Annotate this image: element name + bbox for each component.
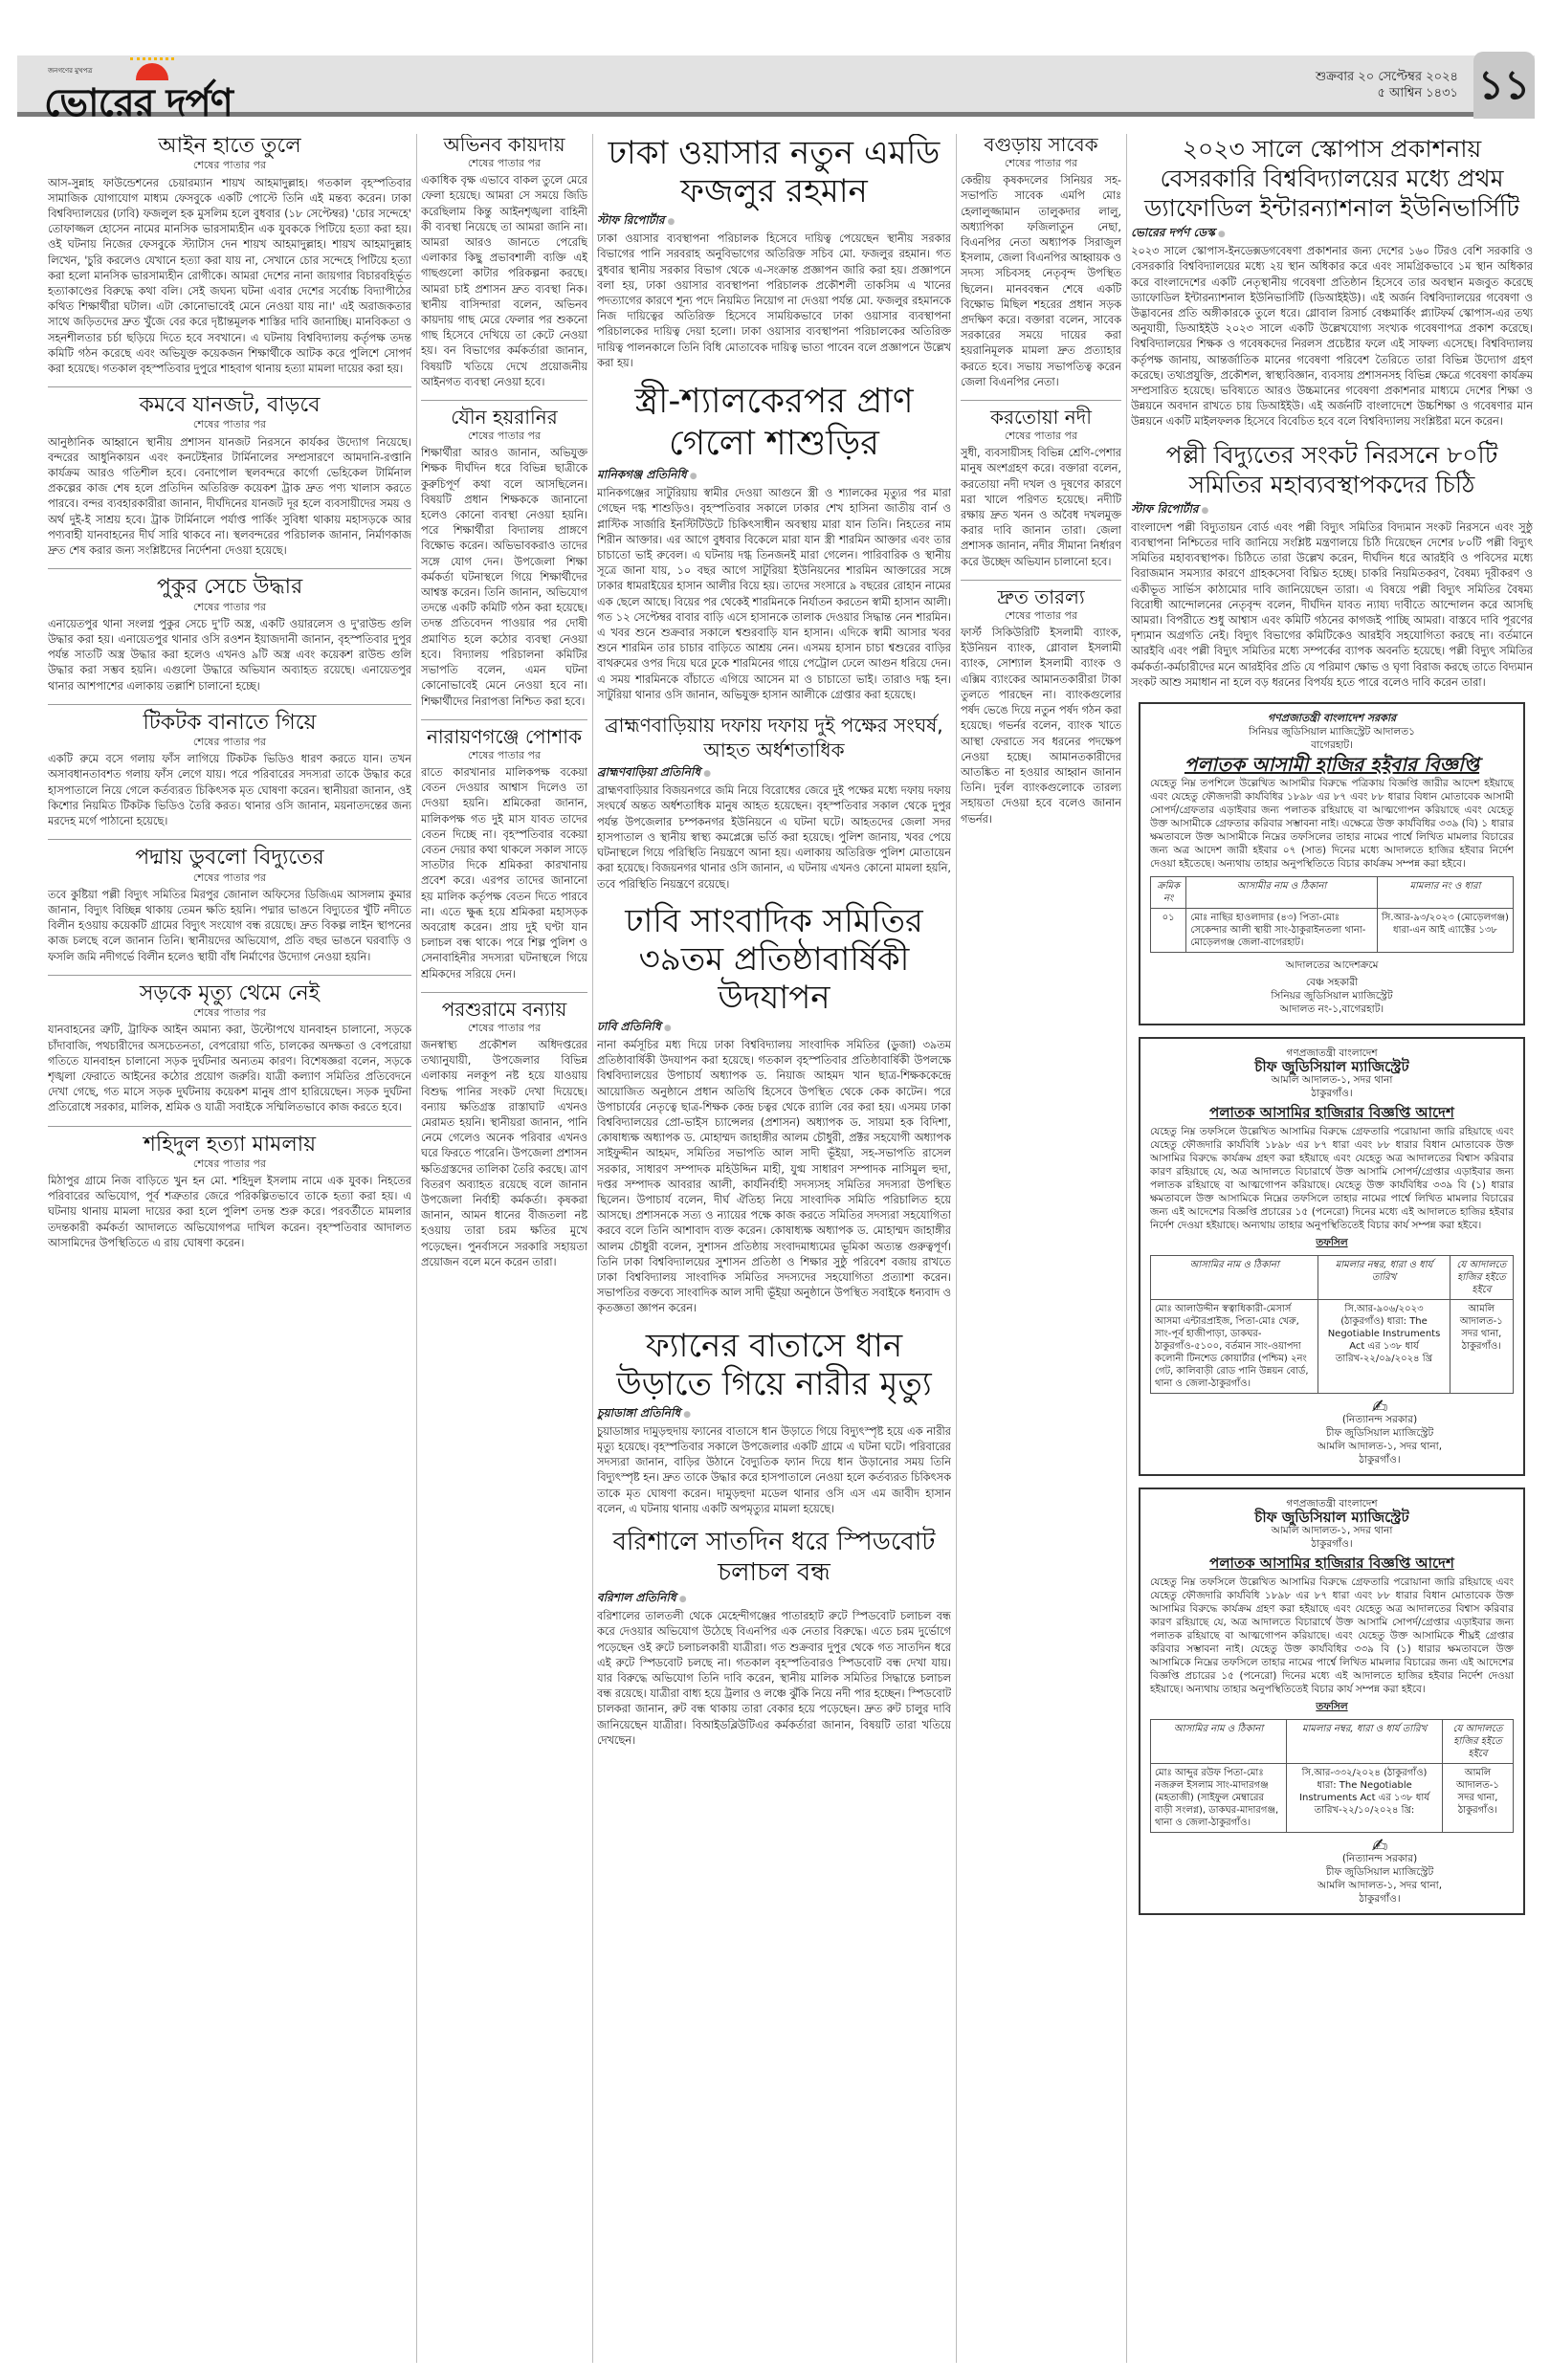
article-bogura-sabek[interactable]: বগুড়ায় সাবেক শেষের পাতার পর কেন্দ্রীয়… — [961, 134, 1121, 390]
article-body: একটি রুমে বসে গলায় ফাঁস লাগিয়ে টিকটক ভ… — [48, 752, 411, 829]
headline: পল্লী বিদ্যুতের সংকট নিরসনে ৮০টি সমিতির … — [1131, 440, 1533, 499]
divider — [421, 992, 587, 993]
divider — [421, 400, 587, 401]
signature-icon: ✍ — [1284, 1399, 1475, 1413]
article-body: আস-সুন্নাহ ফাউন্ডেশনের চেয়ারম্যান শায়খ… — [48, 176, 411, 378]
article-pukur-seche-uddhar[interactable]: পুকুর সেচে উদ্ধার শেষের পাতার পর এনায়েত… — [48, 575, 411, 694]
table-cell: আমলি আদালত-১ সদর থানা, ঠাকুরগাঁও। — [1442, 1764, 1513, 1833]
notice-signature: আদালতের আদেশক্রমে বেঞ্চ সহকারী সিনিয়র জ… — [1150, 959, 1514, 1016]
legal-notice-bagerhat[interactable]: গণপ্রজাতন্ত্রী বাংলাদেশ সরকার সিনিয়র জু… — [1139, 702, 1525, 1025]
headline: পদ্মায় ডুবলো বিদ্যুতের — [48, 846, 411, 870]
article-shohidul-hotta[interactable]: শহিদুল হত্যা মামলায় শেষের পাতার পর মিঠা… — [48, 1133, 411, 1252]
article-komobe-janjot[interactable]: কমবে যানজট, বাড়বে শেষের পাতার পর আনুষ্ঠ… — [48, 393, 411, 559]
article-body: জনস্বাস্থ্য প্রকৌশল অধিদপ্তরের তথ্যানুযা… — [421, 1038, 587, 1270]
article-joun-hoyrani[interactable]: যৌন হয়রানির শেষের পাতার পর শিক্ষার্থীরা… — [421, 407, 587, 710]
signature-line: আমলি আদালত-১, সদর থানা, — [1284, 1879, 1475, 1892]
date-bengali: ৫ আশ্বিন ১৪৩১ — [1316, 85, 1458, 101]
notice-body: যেহেতু নিম্ন তফসিলে উল্লেখিত আসামির বিরু… — [1150, 1125, 1514, 1232]
continuation-note: শেষের পাতার পর — [48, 870, 411, 886]
continuation-note: শেষের পাতার পর — [961, 156, 1121, 171]
table-header: যে আদালতে হাজির হইতে হইবে — [1442, 1720, 1513, 1764]
headline: করতোয়া নদী — [961, 407, 1121, 429]
page-number: ১১ — [1473, 52, 1535, 119]
signature-line: সিনিয়র জুডিসিয়াল ম্যাজিস্ট্রেট — [1150, 989, 1514, 1003]
divider — [48, 839, 411, 840]
table-header: ক্রমিক নং — [1151, 877, 1186, 909]
notice-signature: ✍ (নিত্যানন্দ সরকার) চীফ জুডিসিয়াল ম্যা… — [1150, 1399, 1514, 1466]
table-header: আসামির নাম ও ঠিকানা — [1151, 1720, 1287, 1764]
article-narayanganj-poshak[interactable]: নারায়ণগঞ্জে পোশাক শেষের পাতার পর রাতে ক… — [421, 726, 587, 982]
table-cell: মোঃ নাছির হাওলাদার (৪৩) পিতা-মোঃ সেকেন্দ… — [1186, 909, 1378, 953]
article-dhabi-sangbadik[interactable]: ঢাবি সাংবাদিক সমিতির ৩৯তম প্রতিষ্ঠাবার্ষ… — [597, 902, 951, 1317]
table-cell: আমলি আদালত-১ সদর থানা, ঠাকুরগাঁও। — [1450, 1300, 1513, 1394]
article-stri-shalok[interactable]: স্ত্রী-শ্যালকেরপর প্রাণ গেলো শাশুড়ির মা… — [597, 381, 951, 703]
byline: ব্রাহ্মণবাড়িয়া প্রতিনিধি — [597, 764, 951, 782]
signature-line: আদালতের আদেশক্রমে — [1150, 959, 1514, 972]
byline: স্টাফ রিপোর্টার — [1131, 501, 1533, 518]
schedule-title: তফসিল — [1150, 1700, 1514, 1713]
column-1: আইন হাতে তুলে শেষের পাতার পর আস-সুন্নাহ … — [48, 134, 411, 2372]
column-4: বগুড়ায় সাবেক শেষের পাতার পর কেন্দ্রীয়… — [961, 134, 1121, 2372]
article-body: কেন্দ্রীয় কৃষকদলের সিনিয়র সহ-সভাপতি সা… — [961, 173, 1121, 390]
headline: পরশুরামে বন্যায় — [421, 999, 587, 1021]
article-diu-scopus[interactable]: ২০২৩ সালে স্কোপাস প্রকাশনায় বেসরকারি বি… — [1131, 134, 1533, 430]
table-row: মোঃ আব্দুর রউফ পিতা-মোঃ নজরুল ইসলাম সাং-… — [1151, 1764, 1514, 1833]
article-body: ২০২৩ সালে স্কোপাস-ইনডেক্সডগবেষণা প্রকাশন… — [1131, 244, 1533, 430]
column-divider — [592, 134, 593, 2363]
column-2: অভিনব কায়দায় শেষের পাতার পর একাধিক বৃক… — [421, 134, 587, 2372]
article-body: মানিকগঞ্জের সাটুরিয়ায় স্বামীর দেওয়া আ… — [597, 486, 951, 703]
notice-government: গণপ্রজাতন্ত্রী বাংলাদেশ সরকার — [1150, 712, 1514, 725]
article-barishal-speedboat[interactable]: বরিশালে সাতদিন ধরে স্পিডবোট চলাচল বন্ধ ব… — [597, 1527, 951, 1749]
article-body: মিঠাপুর গ্রামে নিজ বাড়িতে খুন হন মো. শহ… — [48, 1174, 411, 1251]
article-druto-tarollo[interactable]: দ্রুত তারল্য শেষের পাতার পর ফার্স্ট সিকি… — [961, 586, 1121, 827]
article-ain-hate-tule[interactable]: আইন হাতে তুলে শেষের পাতার পর আস-সুন্নাহ … — [48, 134, 411, 377]
byline: চুয়াডাঙ্গা প্রতিনিধি — [597, 1405, 951, 1422]
continuation-note: শেষের পাতার পর — [961, 608, 1121, 624]
divider — [961, 580, 1121, 581]
continuation-note: শেষের পাতার পর — [48, 417, 411, 432]
headline: আইন হাতে তুলে — [48, 134, 411, 158]
table-header: আসামীর নাম ও ঠিকানা — [1186, 877, 1378, 909]
notice-place: বাগেরহাট। — [1150, 738, 1514, 752]
notice-signature: ✍ (নিত্যানন্দ সরকার) চীফ জুডিসিয়াল ম্যা… — [1150, 1839, 1514, 1906]
divider — [48, 704, 411, 705]
article-body: বাংলাদেশ পল্লী বিদ্যুতায়ন বোর্ড এবং পল্… — [1131, 520, 1533, 691]
column-divider — [956, 134, 957, 2363]
article-body: ঢাকা ওয়াসার ব্যবস্থাপনা পরিচালক হিসেবে … — [597, 231, 951, 371]
byline: ঢাবি প্রতিনিধি — [597, 1019, 951, 1036]
newspaper-name: ভোরের দর্পণ — [44, 73, 232, 137]
continuation-note: শেষের পাতার পর — [421, 429, 587, 444]
article-body: এনায়েতপুর থানা সংলগ্ন পুকুর সেচে দু'টি … — [48, 617, 411, 694]
continuation-note: শেষের পাতার পর — [48, 600, 411, 615]
continuation-note: শেষের পাতার পর — [48, 1157, 411, 1172]
byline: স্টাফ রিপোর্টার — [597, 212, 951, 230]
table-header: মামলার নং ও ধারা — [1377, 877, 1513, 909]
notice-court-sub: আমলি আদালত-১, সদর থানা — [1150, 1073, 1514, 1087]
article-tiktok[interactable]: টিকটক বানাতে গিয়ে শেষের পাতার পর একটি র… — [48, 711, 411, 830]
column-3: ঢাকা ওয়াসার নতুন এমডি ফজলুর রহমান স্টাফ… — [597, 134, 951, 2372]
article-body: ফার্স্ট সিকিউরিটি ইসলামী ব্যাংক, ইউনিয়ন… — [961, 626, 1121, 827]
table-cell: সি.আর-৯০৬/২০২৩ (ঠাকুরগাঁও) ধারা: The Neg… — [1318, 1300, 1450, 1394]
headline: যৌন হয়রানির — [421, 407, 587, 429]
schedule-title: তফসিল — [1150, 1236, 1514, 1249]
table-cell: ০১ — [1151, 909, 1186, 953]
headline: দ্রুত তারল্য — [961, 586, 1121, 608]
divider — [961, 400, 1121, 401]
notice-court: চীফ জুডিসিয়াল ম্যাজিস্ট্রেট — [1150, 1060, 1514, 1073]
notice-body: যেহেতু নিম্ন তফসিলে উল্লেখিত আসামির বিরু… — [1150, 1576, 1514, 1696]
article-polli-bidyut[interactable]: পল্লী বিদ্যুতের সংকট নিরসনে ৮০টি সমিতির … — [1131, 440, 1533, 691]
headline: ২০২৩ সালে স্কোপাস প্রকাশনায় বেসরকারি বি… — [1131, 134, 1533, 223]
continuation-note: শেষের পাতার পর — [961, 429, 1121, 444]
column-divider — [416, 134, 417, 2363]
table-header: যে আদালতে হাজির হইতে হইবে — [1450, 1256, 1513, 1300]
signature-line: (নিত্যানন্দ সরকার) — [1284, 1852, 1475, 1865]
article-body: একাধিক বৃক্ষ এভাবে বাকল তুলে মেরে ফেলা হ… — [421, 173, 587, 390]
byline: ভোরের দর্পণ ডেস্ক — [1131, 225, 1533, 242]
headline: অভিনব কায়দায় — [421, 134, 587, 156]
headline: সড়কে মৃত্যু থেমে নেই — [48, 981, 411, 1005]
headline: ঢাবি সাংবাদিক সমিতির ৩৯তম প্রতিষ্ঠাবার্ষ… — [597, 902, 951, 1017]
headline: বরিশালে সাতদিন ধরে স্পিডবোট চলাচল বন্ধ — [597, 1527, 951, 1588]
headline: নারায়ণগঞ্জে পোশাক — [421, 726, 587, 748]
article-wasa-md[interactable]: ঢাকা ওয়াসার নতুন এমডি ফজলুর রহমান স্টাফ… — [597, 134, 951, 371]
article-padmay-bidyut[interactable]: পদ্মায় ডুবলো বিদ্যুতের শেষের পাতার পর ত… — [48, 846, 411, 965]
signature-line: চীফ জুডিসিয়াল ম্যাজিস্ট্রেট — [1284, 1865, 1475, 1879]
notice-court: সিনিয়র জুডিসিয়াল ম্যাজিস্ট্রেট আদালত১ — [1150, 725, 1514, 738]
continuation-note: শেষের পাতার পর — [421, 1021, 587, 1036]
signature-line: চীফ জুডিসিয়াল ম্যাজিস্ট্রেট — [1284, 1426, 1475, 1440]
article-body: সুধী, ব্যবসায়ীসহ বিভিন্ন শ্রেণি-পেশার ম… — [961, 446, 1121, 570]
continuation-note: শেষের পাতার পর — [48, 158, 411, 173]
divider — [48, 1126, 411, 1127]
divider — [421, 719, 587, 720]
notice-table: আসামির নাম ও ঠিকানা মামলার নম্বর, ধারা ও… — [1150, 1719, 1514, 1833]
divider — [48, 386, 411, 387]
table-header: মামলার নম্বর, ধারা ও ধার্য তারিখ — [1318, 1256, 1450, 1300]
table-row: মোঃ আলাউদ্দীন স্বত্বাধিকারী-মেসার্স আসমা… — [1151, 1300, 1514, 1394]
table-cell: সি.আর-৯৩/২০২৩ (মোড়েলগঞ্জ) ধারা-এন আই এ্… — [1377, 909, 1513, 953]
legal-notice-thakurgaon-1[interactable]: গণপ্রজাতন্ত্রী বাংলাদেশ চীফ জুডিসিয়াল ম… — [1139, 1037, 1525, 1476]
article-body: চুয়াডাঙ্গার দামুড়হুদায় ফ্যানের বাতাসে… — [597, 1424, 951, 1517]
continuation-note: শেষের পাতার পর — [421, 748, 587, 763]
continuation-note: শেষের পাতার পর — [421, 156, 587, 171]
divider — [48, 568, 411, 569]
notice-title: পলাতক আসামির হাজিরার বিজ্ঞপ্তি আদেশ — [1150, 1556, 1514, 1570]
article-body: ব্রাহ্মণবাড়িয়ার বিজয়নগরে জমি নিয়ে বি… — [597, 783, 951, 892]
table-header: মামলার নম্বর, ধারা ও ধার্য তারিখ — [1287, 1720, 1443, 1764]
legal-notice-thakurgaon-2[interactable]: গণপ্রজাতন্ত্রী বাংলাদেশ চীফ জুডিসিয়াল ম… — [1139, 1487, 1525, 1915]
article-body: যানবাহনের ত্রুটি, ট্রাফিক আইন অমান্য করা… — [48, 1023, 411, 1115]
table-cell: মোঃ আলাউদ্দীন স্বত্বাধিকারী-মেসার্স আসমা… — [1151, 1300, 1318, 1394]
article-korotoa-nodi[interactable]: করতোয়া নদী শেষের পাতার পর সুধী, ব্যবসায… — [961, 407, 1121, 570]
byline: বরিশাল প্রতিনিধি — [597, 1590, 951, 1607]
article-porshuram-bonna[interactable]: পরশুরামে বন্যায় শেষের পাতার পর জনস্বাস্… — [421, 999, 587, 1270]
continuation-note: শেষের পাতার পর — [48, 1005, 411, 1021]
table-header: আসামির নাম ও ঠিকানা — [1151, 1256, 1318, 1300]
continuation-note: শেষের পাতার পর — [48, 735, 411, 750]
notice-court-sub: আমলি আদালত-১, সদর থানা — [1150, 1524, 1514, 1537]
headline: পুকুর সেচে উদ্ধার — [48, 575, 411, 599]
article-sorke-mrittu[interactable]: সড়কে মৃত্যু থেমে নেই শেষের পাতার পর যান… — [48, 981, 411, 1116]
headline: টিকটক বানাতে গিয়ে — [48, 711, 411, 735]
date-gregorian: শুক্রবার ২০ সেপ্টেম্বর ২০২৪ — [1316, 69, 1458, 85]
headline: ব্রাহ্মণবাড়িয়ায় দফায় দফায় দুই পক্ষে… — [597, 713, 951, 762]
notice-court: চীফ জুডিসিয়াল ম্যাজিস্ট্রেট — [1150, 1510, 1514, 1524]
article-body: আনুষ্ঠানিক আহ্বানে স্থানীয় প্রশাসন যানজ… — [48, 435, 411, 560]
column-5: ২০২৩ সালে স্কোপাস প্রকাশনায় বেসরকারি বি… — [1131, 134, 1533, 2372]
headline: স্ত্রী-শ্যালকেরপর প্রাণ গেলো শাশুড়ির — [597, 381, 951, 465]
byline: মানিকগঞ্জ প্রতিনিধি — [597, 467, 951, 484]
headline: বগুড়ায় সাবেক — [961, 134, 1121, 156]
article-fan-batas[interactable]: ফ্যানের বাতাসে ধান উড়াতে গিয়ে নারীর মৃ… — [597, 1327, 951, 1517]
signature-line: বেঞ্চ সহকারী — [1150, 976, 1514, 989]
notice-place: ঠাকুরগাঁও। — [1150, 1087, 1514, 1100]
table-cell: সি.আর-৩৩২/২০২৪ (ঠাকুরগাঁও) ধারা: The Neg… — [1287, 1764, 1443, 1833]
headline: ফ্যানের বাতাসে ধান উড়াতে গিয়ে নারীর মৃ… — [597, 1327, 951, 1403]
signature-line: আদালত নং-১,বাগেরহাট। — [1150, 1003, 1514, 1016]
headline: শহিদুল হত্যা মামলায় — [48, 1133, 411, 1157]
notice-table: আসামির নাম ও ঠিকানা মামলার নম্বর, ধারা ও… — [1150, 1255, 1514, 1394]
signature-line: (নিত্যানন্দ সরকার) — [1284, 1413, 1475, 1426]
headline: কমবে যানজট, বাড়বে — [48, 393, 411, 417]
signature-icon: ✍ — [1284, 1839, 1475, 1852]
newspaper-logo[interactable]: জনগণের মুখপত্র ভোরের দর্পণ — [38, 59, 306, 113]
article-body: রাতে কারখানার মালিকপক্ষ বকেয়া বেতন দেওয… — [421, 765, 587, 982]
notice-place: ঠাকুরগাঁও। — [1150, 1537, 1514, 1551]
notice-body: যেহেতু নিম্ন তপশিলে উল্লেখিত আসামীর বিরু… — [1150, 777, 1514, 870]
divider — [48, 975, 411, 976]
notice-title: পলাতক আসামির হাজিরার বিজ্ঞপ্তি আদেশ — [1150, 1106, 1514, 1119]
article-body: তবে কুষ্টিয়া পল্লী বিদ্যুৎ সমিতির মিরপু… — [48, 888, 411, 965]
date-block: শুক্রবার ২০ সেপ্টেম্বর ২০২৪ ৫ আশ্বিন ১৪৩… — [1316, 69, 1458, 101]
signature-line: ঠাকুরগাঁও। — [1284, 1453, 1475, 1466]
notice-table: ক্রমিক নং আসামীর নাম ও ঠিকানা মামলার নং … — [1150, 876, 1514, 953]
signature-line: ঠাকুরগাঁও। — [1284, 1892, 1475, 1906]
masthead: জনগণের মুখপত্র ভোরের দর্পণ শুক্রবার ২০ স… — [17, 55, 1535, 117]
table-cell: মোঃ আব্দুর রউফ পিতা-মোঃ নজরুল ইসলাম সাং-… — [1151, 1764, 1287, 1833]
article-body: শিক্ষার্থীরা আরও জানান, অভিযুক্ত শিক্ষক … — [421, 446, 587, 709]
article-obhinobo-kaydai[interactable]: অভিনব কায়দায় শেষের পাতার পর একাধিক বৃক… — [421, 134, 587, 390]
notice-title: পলাতক আসামী হাজির হইবার বিজ্ঞপ্তি — [1150, 758, 1514, 771]
headline: ঢাকা ওয়াসার নতুন এমডি ফজলুর রহমান — [597, 134, 951, 210]
article-brahmanbaria[interactable]: ব্রাহ্মণবাড়িয়ায় দফায় দফায় দুই পক্ষে… — [597, 713, 951, 892]
article-body: নানা কর্মসূচির মধ্য দিয়ে ঢাকা বিশ্ববিদ্… — [597, 1038, 951, 1317]
column-divider — [1126, 134, 1127, 2363]
article-body: বরিশালের তালতলী থেকে মেহেন্দীগঞ্জের পাতা… — [597, 1609, 951, 1749]
signature-line: আমলি আদালত-১, সদর থানা, — [1284, 1440, 1475, 1453]
table-row: ০১ মোঃ নাছির হাওলাদার (৪৩) পিতা-মোঃ সেকে… — [1151, 909, 1514, 953]
